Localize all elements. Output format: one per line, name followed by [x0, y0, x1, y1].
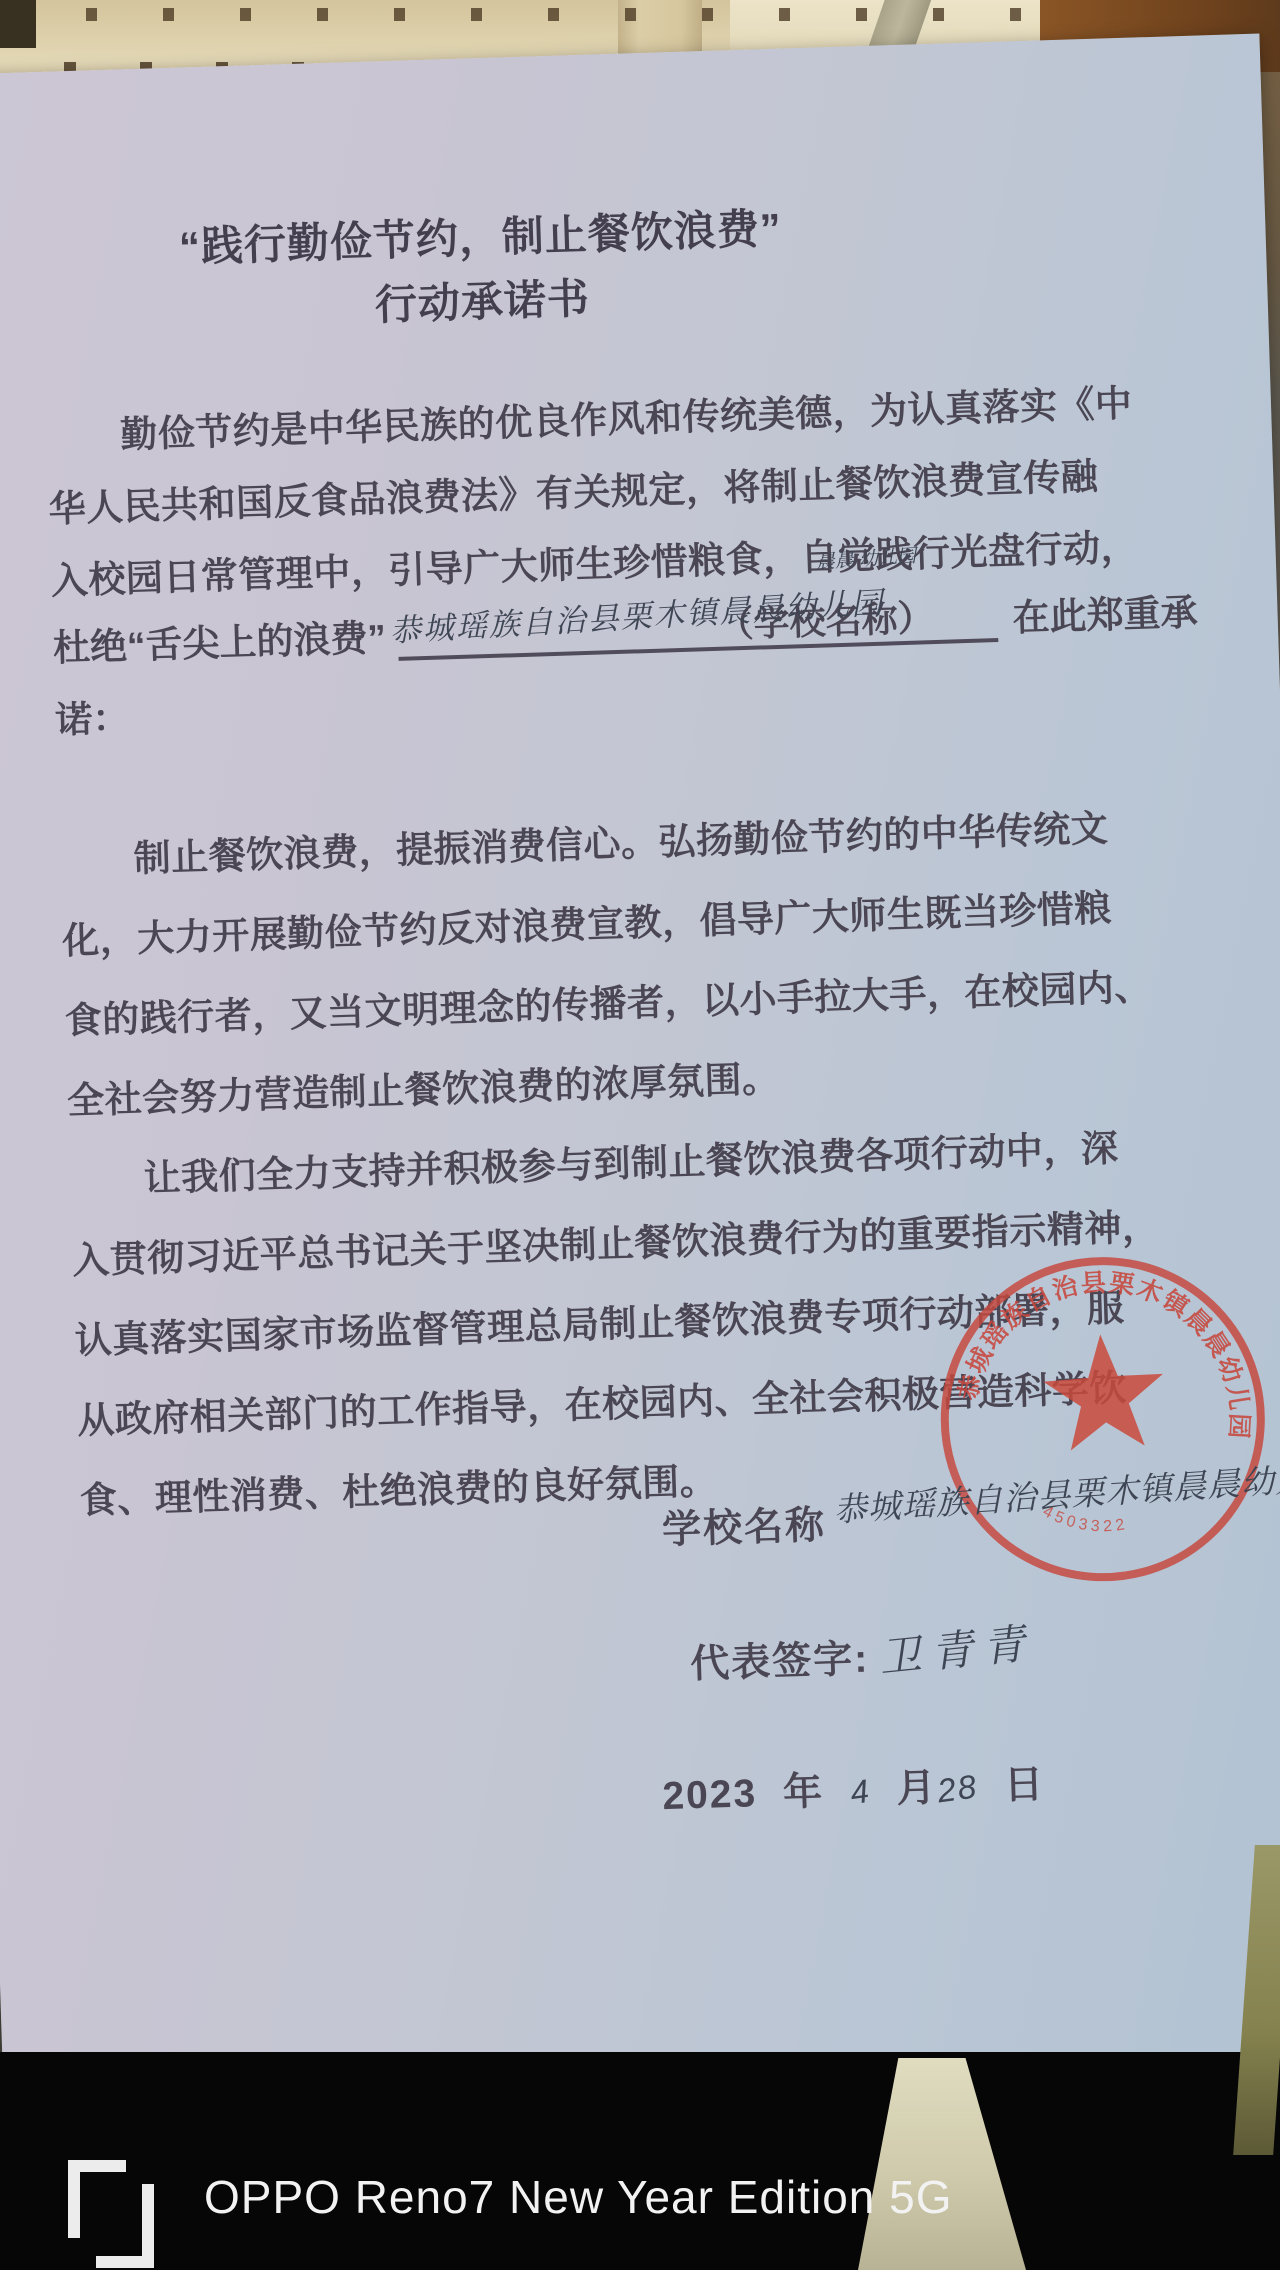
handwritten-signature: 卫青青 — [876, 1610, 1037, 1685]
paragraph-1-line5: 诺： — [54, 687, 130, 743]
corner-shadow — [0, 0, 36, 48]
school-name-label: 学校名称 — [661, 1494, 827, 1555]
paragraph-2: 制止餐饮浪费，提振消费信心。弘扬勤俭节约的中华传统文 化，大力开展勤俭节约反对浪… — [59, 786, 1218, 1142]
date-year: 2023 — [662, 1772, 758, 1819]
paragraph-1-line4-prefix: 杜绝“舌尖上的浪费” — [52, 607, 387, 671]
logo-bracket-right — [96, 2184, 154, 2268]
paragraph-1: 勤俭节约是中华民族的优良作风和传统美德，为认真落实《中 华人民共和国反食品浪费法… — [45, 366, 1201, 618]
oppo-reno-logo-icon — [66, 2160, 178, 2264]
handwritten-month: 4 — [848, 1772, 873, 1812]
document-title: “践行勤俭节约，制止餐饮浪费” 行动承诺书 — [160, 196, 804, 344]
date-month-unit: 月 — [895, 1757, 938, 1814]
date-year-unit: 年 — [782, 1760, 825, 1817]
signature-label: 代表签字: — [690, 1638, 870, 1687]
paragraph-1-line4-suffix: 在此郑重承 — [1012, 582, 1199, 642]
photo-of-document: “践行勤俭节约，制止餐饮浪费” 行动承诺书 勤俭节约是中华民族的优良作风和传统美… — [0, 0, 1280, 2270]
camera-watermark-band: OPPO Reno7 New Year Edition 5G — [0, 2052, 1280, 2270]
school-red-seal: 恭城瑶族自治县栗木镇晨晨幼儿园 4503322 — [899, 1216, 1280, 1623]
camera-watermark-text: OPPO Reno7 New Year Edition 5G — [204, 2170, 953, 2224]
date-day-unit: 日 — [1003, 1753, 1046, 1810]
paper-document: “践行勤俭节约，制止餐饮浪费” 行动承诺书 勤俭节约是中华民族的优良作风和传统美… — [0, 34, 1280, 2094]
date-line: 2023 年 4 月 28 日 — [661, 1753, 1045, 1821]
seal-star-icon — [1040, 1330, 1167, 1452]
representative-signature-line: 代表签字:卫青青 — [689, 1619, 1036, 1690]
handwritten-day: 28 — [935, 1767, 980, 1810]
